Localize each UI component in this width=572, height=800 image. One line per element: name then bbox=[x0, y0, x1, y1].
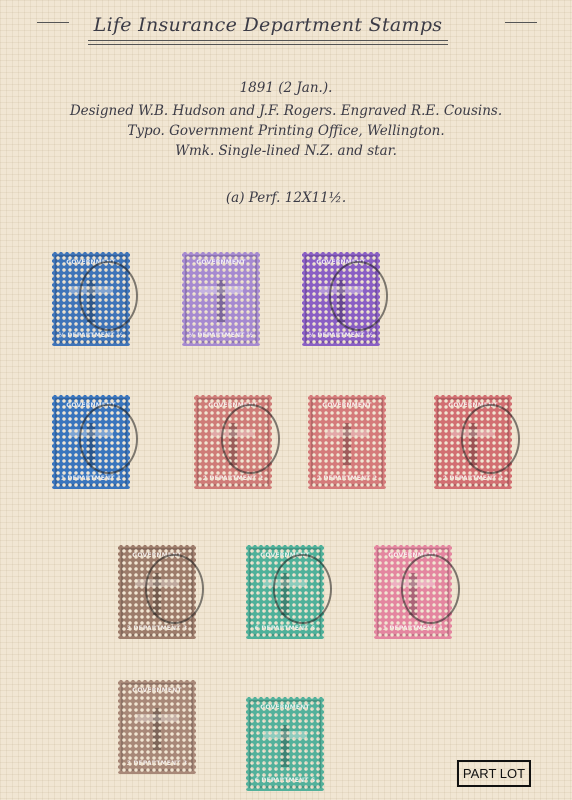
part-lot-badge: PART LOT bbox=[457, 760, 531, 787]
title-dash-left bbox=[37, 22, 69, 23]
stamp-bottom-text: 2 DEPARTMENT 2 bbox=[194, 475, 272, 482]
stamp-bottom-text: 1 DEPARTMENT 1 bbox=[52, 475, 130, 482]
stamp-bottom-text: ½ DEPARTMENT ½ bbox=[302, 332, 380, 339]
stamp-bottom-text: 3 DEPARTMENT 3 bbox=[118, 760, 196, 767]
postmark-cancel bbox=[329, 261, 388, 331]
page-title: Life Insurance Department Stamps bbox=[88, 14, 448, 36]
stamp-bottom-text: 3 DEPARTMENT 3 bbox=[118, 625, 196, 632]
postmark-cancel bbox=[401, 554, 460, 624]
description-line-2: Typo. Government Printing Office, Wellin… bbox=[0, 121, 572, 141]
title-dash-right bbox=[505, 22, 537, 23]
description-line-3: Wmk. Single-lined N.Z. and star. bbox=[0, 141, 572, 161]
lighthouse-icon bbox=[217, 280, 225, 322]
page-header: Life Insurance Department Stamps bbox=[0, 14, 572, 44]
stamp-top-text: GOVERNMENT bbox=[182, 259, 260, 266]
perforation-note: (a) Perf. 12X11½. bbox=[0, 188, 572, 208]
postmark-cancel bbox=[221, 404, 280, 474]
postmark-cancel bbox=[461, 404, 520, 474]
stamp: GOVERNMENT 2 DEPARTMENT 2 bbox=[308, 395, 386, 489]
stamp-top-text: GOVERNMENT bbox=[308, 402, 386, 409]
postmark-cancel bbox=[79, 261, 138, 331]
issue-date: 1891 (2 Jan.). bbox=[0, 78, 572, 98]
postmark-cancel bbox=[79, 404, 138, 474]
stamp-bottom-text: 6 DEPARTMENT 6 bbox=[246, 777, 324, 784]
stamp-bottom-text: 2 DEPARTMENT 2 bbox=[434, 475, 512, 482]
stamp-bottom-text: 1 DEPARTMENT 1 bbox=[374, 625, 452, 632]
stamp-bottom-text: 6 DEPARTMENT 6 bbox=[246, 625, 324, 632]
postmark-cancel bbox=[145, 554, 204, 624]
lighthouse-icon bbox=[281, 725, 289, 767]
stamp-bottom-text: ½ DEPARTMENT ½ bbox=[52, 332, 130, 339]
stamp: GOVERNMENT ½ DEPARTMENT ½ bbox=[182, 252, 260, 346]
stamp-bottom-text: ½ DEPARTMENT ½ bbox=[182, 332, 260, 339]
stamp-top-text: GOVERNMENT bbox=[118, 687, 196, 694]
stamp: GOVERNMENT 6 DEPARTMENT 6 bbox=[246, 697, 324, 791]
lighthouse-icon bbox=[343, 423, 351, 465]
lighthouse-icon bbox=[153, 708, 161, 750]
postmark-cancel bbox=[273, 554, 332, 624]
title-underline bbox=[88, 40, 448, 45]
stamp: GOVERNMENT 3 DEPARTMENT 3 bbox=[118, 680, 196, 774]
description-line-1: Designed W.B. Hudson and J.F. Rogers. En… bbox=[0, 101, 572, 121]
stamp-top-text: GOVERNMENT bbox=[246, 704, 324, 711]
stamp-bottom-text: 2 DEPARTMENT 2 bbox=[308, 475, 386, 482]
